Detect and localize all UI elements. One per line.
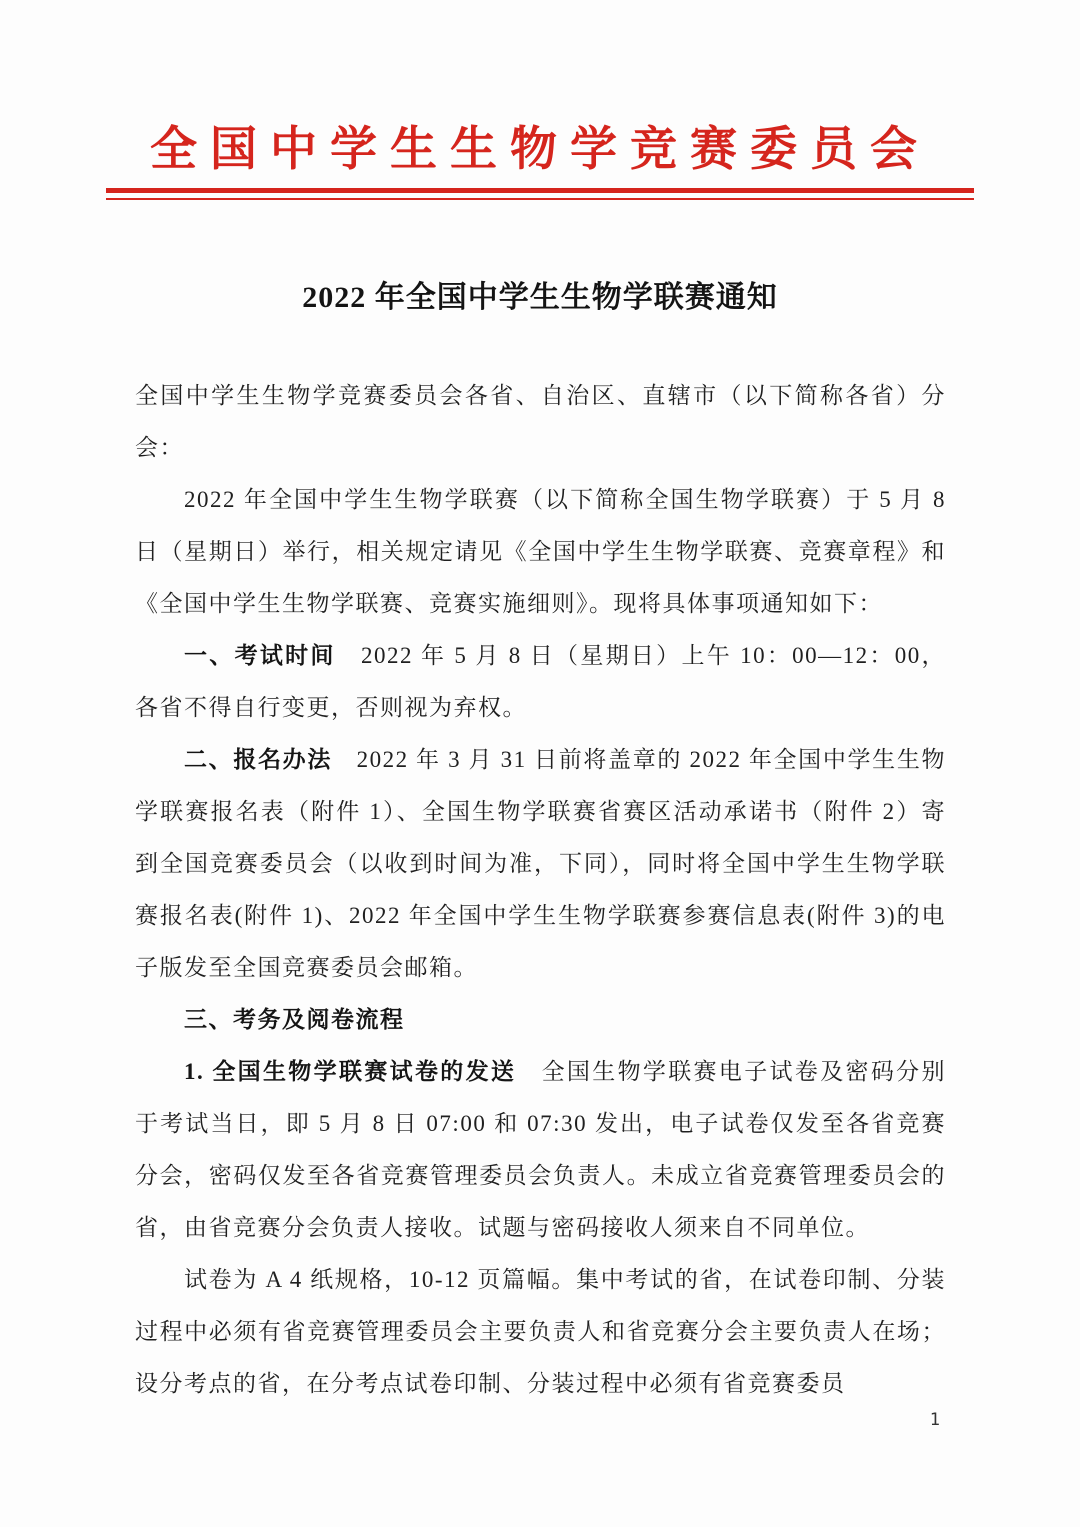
document-page: 全国中学生生物学竞赛委员会 2022 年全国中学生生物学联赛通知 全国中学生生物… — [0, 0, 1080, 1527]
paragraph: 1. 全国生物学联赛试卷的发送 全国生物学联赛电子试卷及密码分别于考试当日，即 … — [135, 1046, 946, 1254]
letterhead-title: 全国中学生生物学竞赛委员会 — [0, 0, 1080, 178]
paragraph: 2022 年全国中学生生物学联赛（以下简称全国生物学联赛）于 5 月 8 日（星… — [135, 474, 946, 630]
text-run: 试卷为 A 4 纸规格，10-12 页篇幅。集中考试的省，在试卷印制、分装过程中… — [135, 1267, 946, 1396]
document-body: 全国中学生生物学竞赛委员会各省、自治区、直辖市（以下简称各省）分会：2022 年… — [135, 370, 946, 1410]
paragraph: 全国中学生生物学竞赛委员会各省、自治区、直辖市（以下简称各省）分会： — [135, 370, 946, 474]
paragraph: 三、考务及阅卷流程 — [135, 994, 946, 1046]
paragraph: 一、考试时间 2022 年 5 月 8 日（星期日）上午 10：00—12：00… — [135, 630, 946, 734]
paragraph: 试卷为 A 4 纸规格，10-12 页篇幅。集中考试的省，在试卷印制、分装过程中… — [135, 1254, 946, 1410]
text-run: 全国生物学联赛电子试卷及密码分别于考试当日，即 5 月 8 日 07:00 和 … — [135, 1059, 946, 1240]
section-heading-run: 一、考试时间 — [184, 643, 336, 668]
text-run: 2022 年全国中学生生物学联赛（以下简称全国生物学联赛）于 5 月 8 日（星… — [135, 487, 946, 616]
document-title: 2022 年全国中学生生物学联赛通知 — [0, 272, 1080, 316]
text-run: 2022 年 3 月 31 日前将盖章的 2022 年全国中学生生物学联赛报名表… — [135, 747, 946, 980]
section-heading-run: 1. 全国生物学联赛试卷的发送 — [184, 1059, 516, 1084]
letterhead-rule-thin — [106, 198, 974, 200]
letterhead-rule-thick — [106, 188, 974, 193]
page-number: 1 — [930, 1410, 940, 1430]
section-heading-run: 二、报名办法 — [184, 747, 332, 772]
text-run: 全国中学生生物学竞赛委员会各省、自治区、直辖市（以下简称各省）分会： — [135, 383, 946, 460]
section-heading-run: 三、考务及阅卷流程 — [184, 1007, 405, 1032]
paragraph: 二、报名办法 2022 年 3 月 31 日前将盖章的 2022 年全国中学生生… — [135, 734, 946, 994]
